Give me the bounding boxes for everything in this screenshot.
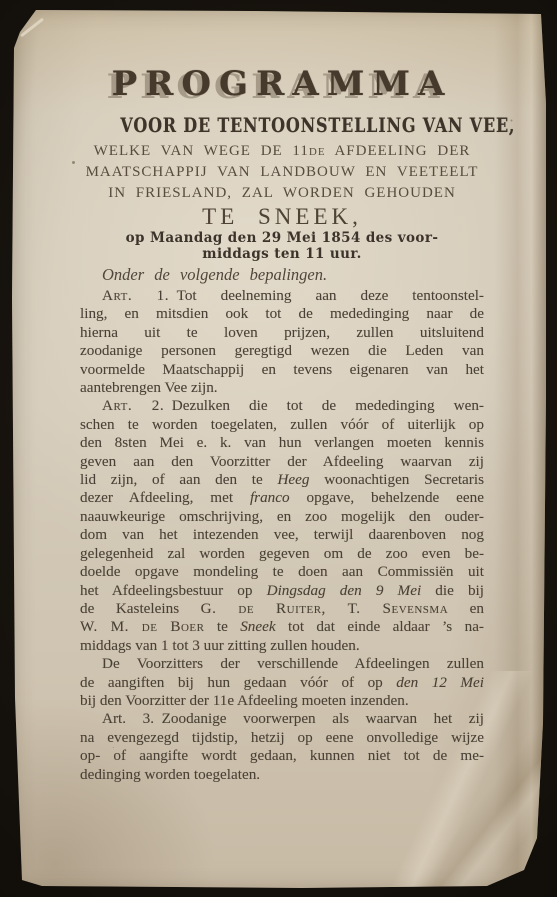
intro-line: Onder de volgende bepalingen. [80,265,484,284]
body-line: geven aan den Voorzitter der Afdeeling w… [80,453,484,471]
body-line: zoodanige personen geregtigd wezen die L… [80,342,484,360]
body-line: Art. 3. Zoodanige voorwerpen als waarvan… [80,710,484,728]
body-line: voormelde Maatschappij en tevens eigenar… [80,361,484,379]
document-content: PROGRAMMA VOOR DE TENTOONSTELLING VAN VE… [80,8,484,784]
body-line: op- of aangifte wordt gedaan, kunnen nie… [80,747,484,765]
date-block: op Maandag den 29 Mei 1854 des voor- mid… [80,231,484,262]
body-line: Art. 1. Tot deelneming aan deze tentoons… [80,287,484,305]
body-line: doelde opgave mondeling te doen aan Comm… [80,563,484,581]
body-line: het Afdeelingsbestuur op Dingsdag den 9 … [80,582,484,600]
body-line: schen te worden toegelaten, zullen vóór … [80,416,484,434]
document-title: PROGRAMMA [80,60,484,108]
body-line: De Voorzitters der verschillende Afdeeli… [80,655,484,673]
body-line: bij den Voorzitter der 11e Afdeeling moe… [80,692,484,710]
document-page: PROGRAMMA VOOR DE TENTOONSTELLING VAN VE… [12,8,546,891]
body-line: aantebrengen Vee zijn. [80,379,484,397]
body-line: lid zijn, of aan den te Heeg woonachtige… [80,471,484,489]
paper-tear-highlight [20,18,44,38]
body-line: dedinging worden toegelaten. [80,766,484,784]
body-line: middags van 1 tot 3 uur zitting zullen h… [80,637,484,655]
body-line: den 8sten Mei e. k. van hun verlangen mo… [80,434,484,452]
date-line: op Maandag den 29 Mei 1854 des voor- [80,231,484,247]
document-body: Art. 1. Tot deelneming aan deze tentoons… [80,287,484,784]
scan-background: PROGRAMMA VOOR DE TENTOONSTELLING VAN VE… [0,0,557,897]
header-org-line: IN FRIESLAND, ZAL WORDEN GEHOUDEN [80,183,484,204]
body-line: ling, en mitsdien ook tot de mededinging… [80,305,484,323]
organization-lines: WELKE VAN WEGE DE 11de AFDEELING DERMAAT… [80,141,484,204]
header-org-line: MAATSCHAPPIJ VAN LANDBOUW EN VEETEELT [80,162,484,183]
body-line: dom van het intezenden vee, terwijl daar… [80,526,484,544]
date-line: middags ten 11 uur. [80,247,484,263]
body-line: naauwkeurige omschrijving, en zoo mogeli… [80,508,484,526]
venue-line: TE SNEEK, [80,204,484,230]
body-line: de aangiften bij hun gedaan vóór of op d… [80,674,484,692]
body-line: Art. 2. Dezulken die tot de mededinging … [80,397,484,415]
paper-speck [72,161,75,164]
body-line: na evengezegd tijdstip, hetzij op eene o… [80,729,484,747]
body-line: W. M. de Boer te Sneek tot dat einde ald… [80,618,484,636]
body-line: gelegenheid zal worden gegeven om de zoo… [80,545,484,563]
body-line: de Kasteleins G. de Ruiter, T. Sevensma … [80,600,484,618]
header-org-line: WELKE VAN WEGE DE 11de AFDEELING DER [80,141,484,162]
body-line: hierna uit te loven prijzen, zullen uits… [80,324,484,342]
body-line: dezer Afdeeling, met franco opgave, behe… [80,489,484,507]
document-subtitle: VOOR DE TENTOONSTELLING VAN VEE, [120,112,443,138]
